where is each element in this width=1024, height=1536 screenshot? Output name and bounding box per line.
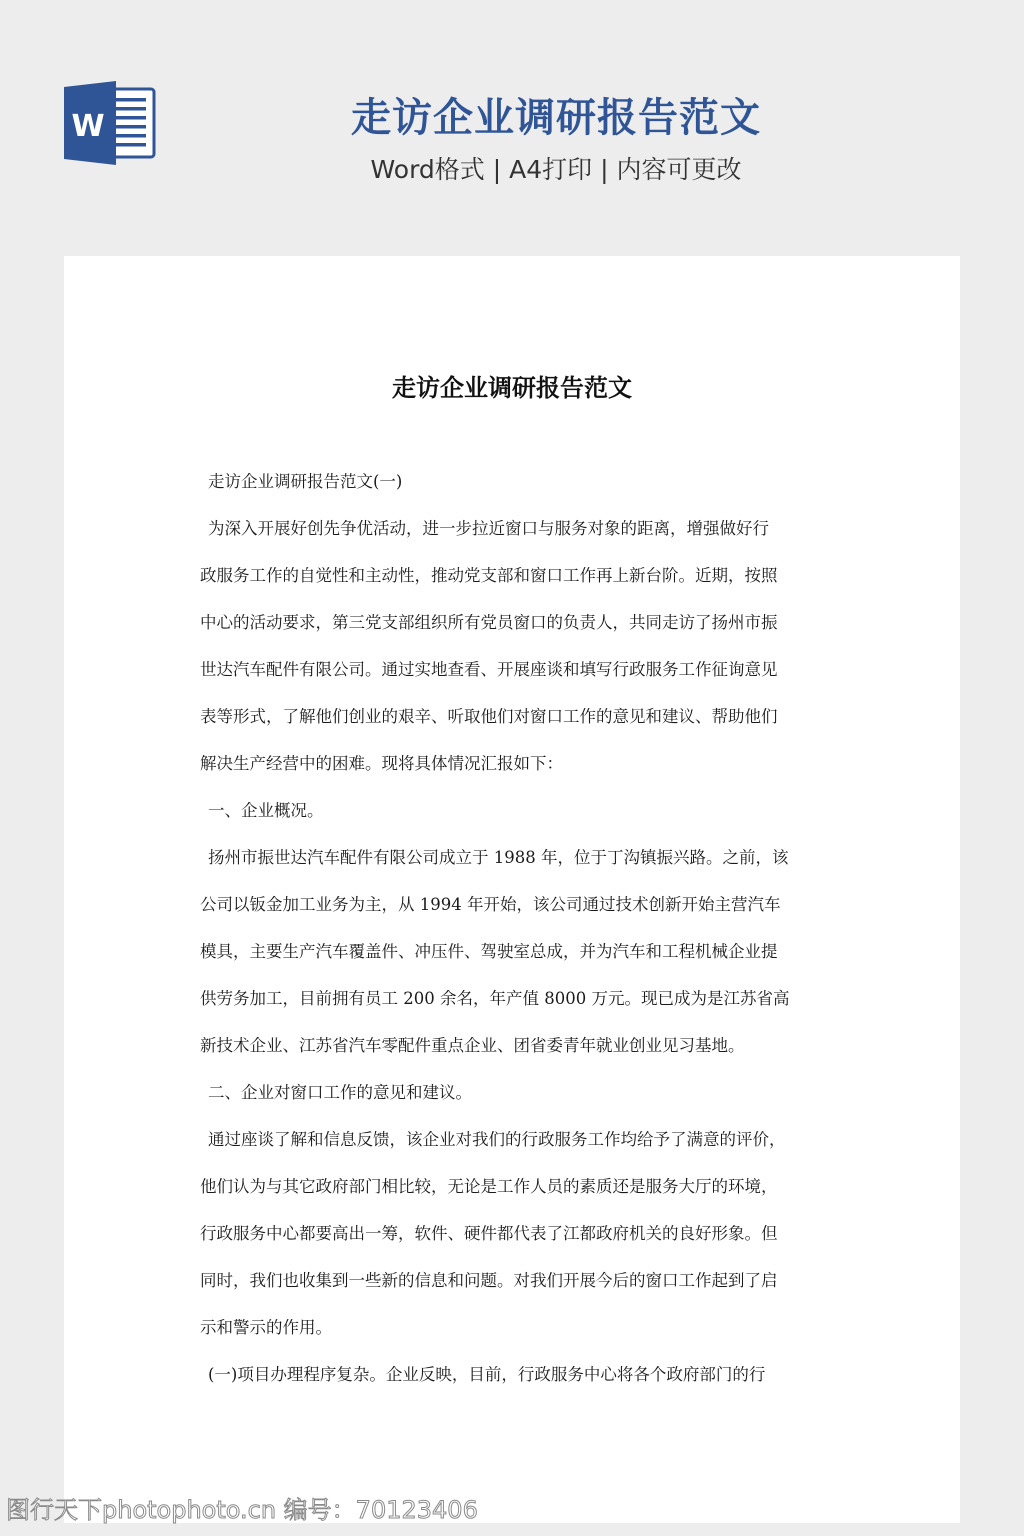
paragraph-line: 模具，主要生产汽车覆盖件、冲压件、驾驶室总成，并为汽车和工程机械企业提 (200, 928, 828, 975)
paragraph-line: 中心的活动要求，第三党支部组织所有党员窗口的负责人，共同走访了扬州市振 (200, 599, 828, 646)
paragraph-line: 为深入开展好创先争优活动，进一步拉近窗口与服务对象的距离，增强做好行 (200, 505, 828, 552)
document-title: 走访企业调研报告范文 (64, 366, 960, 410)
section-heading: 走访企业调研报告范文(一) (200, 458, 828, 505)
paragraph-line: 新技术企业、江苏省汽车零配件重点企业、团省委青年就业创业见习基地。 (200, 1022, 828, 1069)
paragraph-line: 同时，我们也收集到一些新的信息和问题。对我们开展今后的窗口工作起到了启 (200, 1257, 828, 1304)
paragraph-line: 行政服务中心都要高出一筹，软件、硬件都代表了江都政府机关的良好形象。但 (200, 1210, 828, 1257)
svg-text:W: W (71, 109, 104, 144)
document-body: 走访企业调研报告范文(一) 为深入开展好创先争优活动，进一步拉近窗口与服务对象的… (200, 458, 828, 1398)
paragraph-line: 他们认为与其它政府部门相比较，无论是工作人员的素质还是服务大厅的环境， (200, 1163, 828, 1210)
watermark: 图行天下photophoto.cn 编号：70123406 (6, 1490, 478, 1525)
section-heading: 二、企业对窗口工作的意见和建议。 (200, 1069, 828, 1116)
section-heading: 一、企业概况。 (200, 787, 828, 834)
paragraph-line: (一)项目办理程序复杂。企业反映，目前，行政服务中心将各个政府部门的行 (200, 1351, 828, 1398)
paragraph-line: 政服务工作的自觉性和主动性，推动党支部和窗口工作再上新台阶。近期，按照 (200, 552, 828, 599)
paragraph-line: 通过座谈了解和信息反馈，该企业对我们的行政服务工作均给予了满意的评价， (200, 1116, 828, 1163)
paragraph-line: 扬州市振世达汽车配件有限公司成立于 1988 年，位于丁沟镇振兴路。之前，该 (200, 834, 828, 881)
document-page: 走访企业调研报告范文 走访企业调研报告范文(一) 为深入开展好创先争优活动，进一… (64, 256, 960, 1523)
banner-header: W 走访企业调研报告范文 Word格式 | A4打印 | 内容可更改 (0, 0, 1024, 256)
paragraph-line: 公司以钣金加工业务为主，从 1994 年开始，该公司通过技术创新开始主营汽车 (200, 881, 828, 928)
paragraph-line: 表等形式，了解他们创业的艰辛、听取他们对窗口工作的意见和建议、帮助他们 (200, 693, 828, 740)
banner-subtitle: Word格式 | A4打印 | 内容可更改 (300, 152, 812, 188)
paragraph-line: 世达汽车配件有限公司。通过实地查看、开展座谈和填写行政服务工作征询意见 (200, 646, 828, 693)
banner-title: 走访企业调研报告范文 (300, 92, 812, 144)
paragraph-line: 供劳务加工，目前拥有员工 200 余名，年产值 8000 万元。现已成为是江苏省… (200, 975, 828, 1022)
paragraph-line: 示和警示的作用。 (200, 1304, 828, 1351)
paragraph-line: 解决生产经营中的困难。现将具体情况汇报如下： (200, 740, 828, 787)
word-document-icon: W (64, 81, 156, 165)
